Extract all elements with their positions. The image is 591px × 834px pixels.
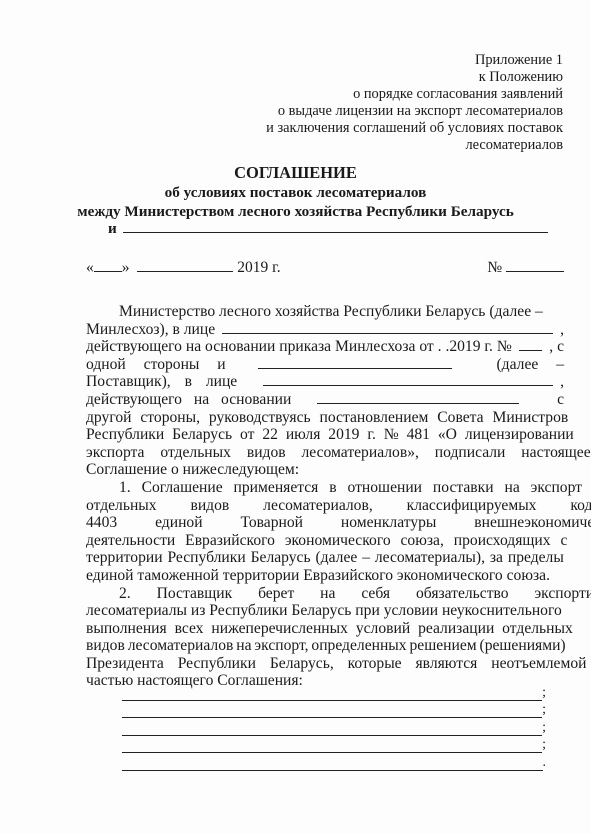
- condition-item: .: [122, 753, 546, 771]
- annex-line: о порядке согласования заявлений: [266, 86, 563, 103]
- conditions-list: ; ; ; ; .: [122, 683, 546, 771]
- order-number-blank[interactable]: [519, 338, 543, 351]
- supplier-name-blank[interactable]: [258, 356, 453, 369]
- annex-line: и заключения соглашений об условиях пост…: [266, 120, 563, 137]
- day-blank[interactable]: [94, 258, 122, 272]
- condition-item: ;: [122, 736, 546, 754]
- text-line: Минлесхоз), в лице,: [86, 321, 564, 339]
- clause-1-line: 4403 единой Товарной номенклатуры внешне…: [86, 514, 564, 532]
- condition-item: ;: [122, 718, 546, 736]
- condition-blank[interactable]: [122, 688, 542, 701]
- document-subtitle: об условиях поставок лесоматериалов: [0, 183, 591, 202]
- text-line: действующего на основаниис: [86, 391, 564, 409]
- month-blank[interactable]: [137, 258, 233, 272]
- annex-line: лесоматериалов: [266, 137, 563, 154]
- condition-blank[interactable]: [122, 723, 542, 736]
- second-party-line: и: [108, 220, 548, 238]
- number-blank[interactable]: [506, 258, 564, 272]
- and-label: и: [108, 220, 117, 237]
- condition-blank[interactable]: [122, 705, 542, 718]
- clause-1-line: деятельности Евразийского экономического…: [86, 532, 564, 550]
- condition-blank[interactable]: [122, 740, 542, 753]
- clause-1-line: единой таможенной территории Евразийског…: [86, 567, 564, 585]
- document-title: СОГЛАШЕНИЕ: [0, 163, 591, 183]
- clause-2-line: выполнения всех нижеперечисленных услови…: [86, 620, 564, 638]
- clause-2-line: 2. Поставщик берет на себя обязательство…: [86, 585, 564, 603]
- text-line: Министерство лесного хозяйства Республик…: [86, 303, 564, 321]
- number-field: №: [487, 258, 564, 277]
- second-party-blank[interactable]: [123, 220, 548, 233]
- text-line: Соглашение о нижеследующем:: [86, 461, 564, 479]
- annex-line: о выдаче лицензии на экспорт лесоматериа…: [266, 103, 563, 120]
- clause-1-line: отдельных видов лесоматериалов, классифи…: [86, 497, 564, 515]
- condition-blank[interactable]: [122, 758, 543, 771]
- annex-line: Приложение 1: [266, 52, 563, 69]
- text-line: Республики Беларусь от 22 июля 2019 г. №…: [86, 426, 564, 444]
- text-line: другой стороны, руководствуясь постановл…: [86, 409, 564, 427]
- supplier-representative-blank[interactable]: [263, 373, 553, 386]
- clause-1-line: 1. Соглашение применяется в отношении по…: [86, 479, 564, 497]
- text-line: Поставщик), в лице,: [86, 373, 564, 391]
- representative-blank[interactable]: [222, 321, 553, 334]
- date-field: «» 2019 г.: [86, 258, 281, 277]
- year-label: 2019 г.: [237, 259, 280, 276]
- clause-2-line: видов лесоматериалов на экспорт, определ…: [86, 637, 564, 655]
- date-number-line: «» 2019 г. №: [86, 258, 564, 277]
- document-parties: между Министерством лесного хозяйства Ре…: [0, 202, 591, 221]
- supplier-basis-blank[interactable]: [317, 391, 519, 404]
- clause-1-line: территории Республики Беларусь (далее – …: [86, 549, 564, 567]
- text-line: экспорта отдельных видов лесоматериалов»…: [86, 444, 564, 462]
- annex-header: Приложение 1 к Положению о порядке согла…: [266, 52, 563, 154]
- text-line: действующего на основании приказа Минлес…: [86, 338, 564, 356]
- clause-2-line: Президента Республики Беларусь, которые …: [86, 655, 564, 673]
- document-title-block: СОГЛАШЕНИЕ об условиях поставок лесомате…: [0, 163, 591, 221]
- document-body: Министерство лесного хозяйства Республик…: [86, 303, 564, 690]
- clause-2-line: лесоматериалы из Республики Беларусь при…: [86, 602, 564, 620]
- condition-item: ;: [122, 683, 546, 701]
- text-line: одной стороны и(далее –: [86, 356, 564, 374]
- condition-item: ;: [122, 701, 546, 719]
- annex-line: к Положению: [266, 69, 563, 86]
